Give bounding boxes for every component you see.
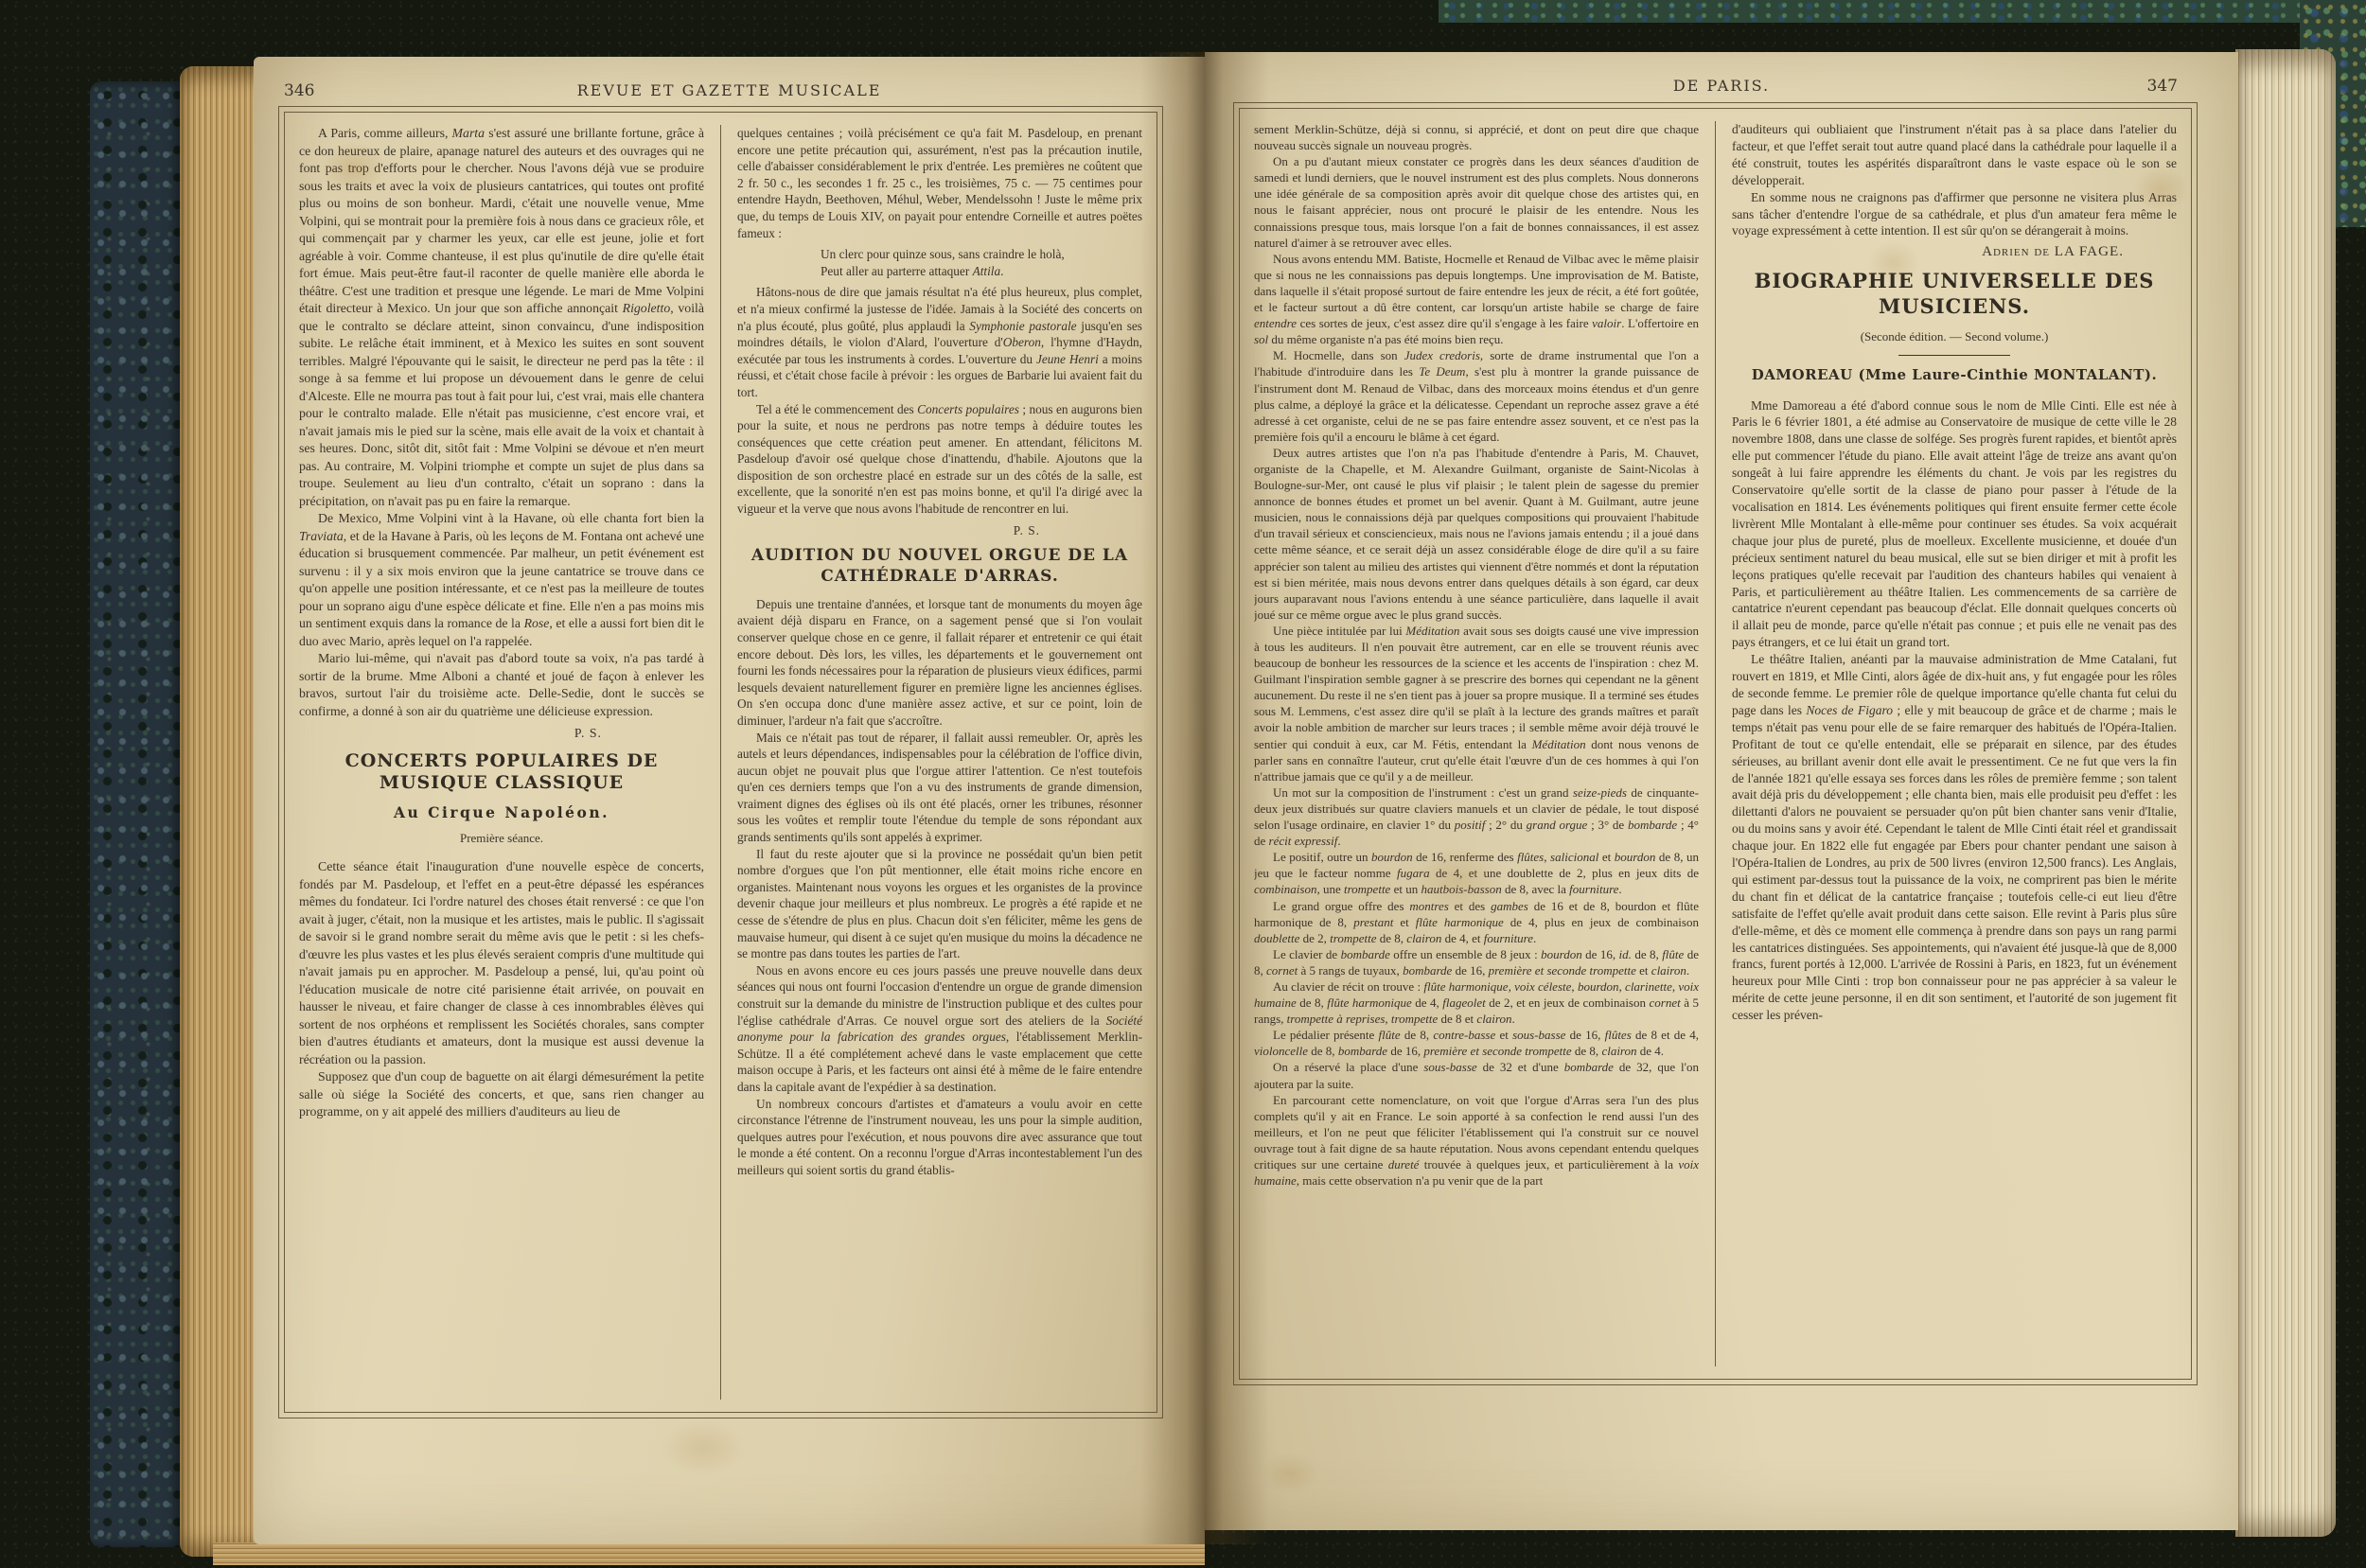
foxing-stain (1262, 1453, 1318, 1495)
journal-page-right: DE PARIS. 347 sement Merklin-Schütze, dé… (1205, 52, 2238, 1530)
text-frame-right-page: sement Merklin-Schütze, déjà si connu, s… (1233, 102, 2198, 1385)
column-1-page-347: sement Merklin-Schütze, déjà si connu, s… (1254, 121, 1699, 1366)
paragraph: M. Hocmelle, dans son Judex credoris, so… (1254, 347, 1699, 445)
running-head-title-right: DE PARIS. (1205, 77, 2238, 95)
paragraph: Une pièce intitulée par lui Méditation a… (1254, 623, 1699, 784)
paragraph-continuation: sement Merklin-Schütze, déjà si connu, s… (1254, 121, 1699, 153)
photograph-of-open-journal: { "journal": { "left_page": { "page_numb… (0, 0, 2366, 1568)
verse-line: Un clerc pour quinze sous, sans craindre… (821, 246, 1142, 263)
two-column-text-area: A Paris, comme ailleurs, Marta s'est ass… (285, 113, 1157, 1412)
paragraph: Mario lui-même, qui n'avait pas d'abord … (299, 650, 704, 720)
verse-line: Peut aller au parterre attaquer Attila. (821, 263, 1142, 280)
running-head-row-left: 346 REVUE ET GAZETTE MUSICALE (254, 81, 1205, 106)
foxing-stain (661, 1419, 746, 1476)
paragraph-continuation: quelques centaines ; voilà précisément c… (737, 125, 1142, 241)
author-signature: Adrien de LA FAGE. (1732, 244, 2177, 261)
article-title: BIOGRAPHIE UNIVERSELLE DES MUSICIENS. (1732, 269, 2177, 319)
paragraph: Au clavier de récit on trouve : flûte ha… (1254, 978, 1699, 1027)
entry-heading: DAMOREAU (Mme Laure-Cinthie MONTALANT). (1732, 367, 2177, 384)
paragraph: Nous en avons encore eu ces jours passés… (737, 962, 1142, 1096)
book-cover-marbled-edge-top (1439, 0, 2366, 23)
paragraph: De Mexico, Mme Volpini vint à la Havane,… (299, 510, 704, 650)
paragraph: Hâtons-nous de dire que jamais résultat … (737, 284, 1142, 400)
paragraph: Mais ce n'était pas tout de réparer, il … (737, 730, 1142, 846)
paragraph: A Paris, comme ailleurs, Marta s'est ass… (299, 125, 704, 510)
edition-note: (Seconde édition. — Second volume.) (1732, 328, 2177, 345)
book-cover-marbled-edge-left (90, 81, 185, 1547)
author-signature: P. S. (737, 522, 1142, 539)
column-2-page-347: d'auditeurs qui oubliaient que l'instrum… (1715, 121, 2177, 1366)
paragraph: Depuis une trentaine d'années, et lorsqu… (737, 596, 1142, 730)
paragraph: Un nombreux concours d'artistes et d'ama… (737, 1096, 1142, 1179)
paragraph: Le clavier de bombarde offre un ensemble… (1254, 946, 1699, 978)
paragraph: On a pu d'autant mieux constater ce prog… (1254, 153, 1699, 251)
paragraph: Deux autres artistes que l'on n'a pas l'… (1254, 445, 1699, 623)
page-block-bottom-edge (213, 1542, 1205, 1565)
article-subtitle: Au Cirque Napoléon. (299, 804, 704, 822)
author-signature: P. S. (299, 725, 704, 743)
paragraph: Le positif, outre un bourdon de 16, renf… (1254, 849, 1699, 897)
running-head-row-right: DE PARIS. 347 (1205, 77, 2238, 101)
paragraph: Supposez que d'un coup de baguette on ai… (299, 1068, 704, 1121)
running-head-title-left: REVUE ET GAZETTE MUSICALE (254, 81, 1205, 99)
article-section-note: Première séance. (299, 830, 704, 848)
column-2-page-346: quelques centaines ; voilà précisément c… (720, 125, 1142, 1400)
paragraph: En somme nous ne craignons pas d'affirme… (1732, 189, 2177, 240)
page-block-fore-edge-right (2235, 49, 2336, 1537)
article-title: CONCERTS POPULAIRES DE MUSIQUE CLASSIQUE (299, 750, 704, 796)
text-frame-left-page: A Paris, comme ailleurs, Marta s'est ass… (278, 106, 1163, 1418)
paragraph: Tel a été le commencement des Concerts p… (737, 401, 1142, 518)
paragraph: Le grand orgue offre des montres et des … (1254, 898, 1699, 946)
paragraph-continuation: d'auditeurs qui oubliaient que l'instrum… (1732, 121, 2177, 189)
paragraph: Le pédalier présente flûte de 8, contre-… (1254, 1027, 1699, 1059)
article-title: AUDITION DU NOUVEL ORGUE DE LA CATHÉDRAL… (737, 546, 1142, 587)
paragraph: Nous avons entendu MM. Batiste, Hocmelle… (1254, 251, 1699, 348)
paragraph: On a réservé la place d'une sous-basse d… (1254, 1059, 1699, 1091)
column-1-page-346: A Paris, comme ailleurs, Marta s'est ass… (299, 125, 704, 1400)
paragraph: Il faut du reste ajouter que si la provi… (737, 846, 1142, 962)
paragraph: Le théâtre Italien, anéanti par la mauva… (1732, 651, 2177, 1024)
two-column-text-area: sement Merklin-Schütze, déjà si connu, s… (1240, 109, 2191, 1379)
verse-quotation: Un clerc pour quinze sous, sans craindre… (821, 246, 1142, 279)
short-rule (1898, 355, 2010, 356)
paragraph: Mme Damoreau a été d'abord connue sous l… (1732, 397, 2177, 652)
paragraph: Un mot sur la composition de l'instrumen… (1254, 784, 1699, 849)
page-number-right: 347 (2147, 77, 2178, 96)
journal-page-left: 346 REVUE ET GAZETTE MUSICALE A Paris, c… (254, 57, 1205, 1544)
paragraph: En parcourant cette nomenclature, on voi… (1254, 1092, 1699, 1189)
paragraph: Cette séance était l'inauguration d'une … (299, 858, 704, 1068)
